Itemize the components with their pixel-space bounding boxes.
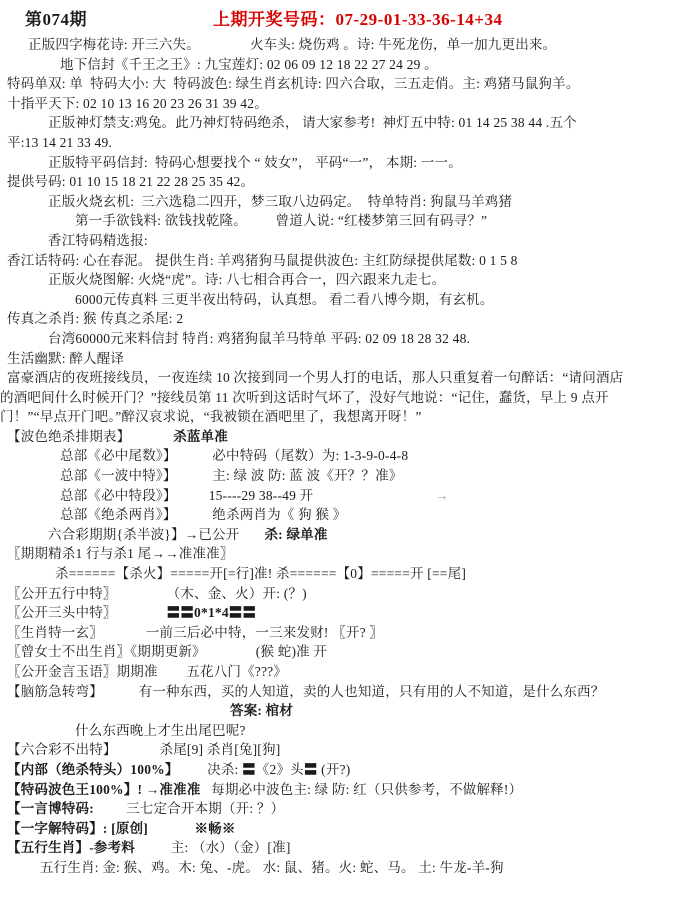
text-segment: 正版特平码信封: 特码心想要找个 “ 妓女”， 平码“一”， 本期: 一一。 — [48, 155, 462, 170]
text-segment: 生活幽默: 醉人醒译 — [7, 351, 124, 366]
text-line: 十指平天下: 02 10 13 16 20 23 26 31 39 42。 — [0, 94, 688, 114]
text-line: 【内部（绝杀特头）100%】 决杀: 〓《2》头〓 (开?) — [0, 760, 688, 780]
text-segment: 决杀: — [179, 762, 243, 777]
text-segment: 【内部（绝杀特头）100%】 — [7, 762, 179, 777]
text-segment: 《2》头 — [256, 762, 304, 777]
text-segment: 第一手欲钱料: 欲钱找乾隆。 曾道人说: “红楼梦第三回有码寻？” — [75, 213, 487, 228]
text-segment: 十指平天下: 02 10 13 16 20 23 26 31 39 42。 — [7, 96, 268, 111]
text-line: 总部《绝杀两肖》】 绝杀两肖为《 狗 猴 》 — [0, 505, 688, 525]
text-segment: 杀: 绿单准 — [264, 527, 327, 542]
text-segment: 〖公开金言玉语〗期期准 五花八门《???》 — [7, 664, 287, 679]
text-line: 〖公开三头中特〗 〓〓0*1*4〓〓 — [0, 603, 688, 623]
text-line: 总部《必中特段》】 15----29 38--49 开 → — [0, 486, 688, 506]
text-line: 门！”“早点开门吧。”醉汉哀求说，“我被锁在酒吧里了，我想离开呀！” — [0, 407, 688, 427]
text-line: 地下信封《千王之王》: 九宝莲灯: 02 06 09 12 18 22 27 2… — [0, 55, 688, 75]
text-line: 【一言博特码: 三七定合开本期（开: ？） — [0, 799, 688, 819]
text-segment: ※畅※ — [194, 821, 235, 836]
text-line: 6000元传真料 三更半夜出特码，认真想。 看二看八博今期，有玄机。 — [0, 290, 688, 310]
text-line: 香江话特码: 心在春泥。 提供生肖: 羊鸡猪狗马鼠提供波色: 主红防绿提供尾数:… — [0, 251, 688, 271]
text-segment: 【一言博特码: — [7, 801, 97, 816]
text-segment: 什么东西晚上才生出尾巴呢? — [75, 723, 246, 738]
text-segment: 地下信封《千王之王》: 九宝莲灯: 02 06 09 12 18 22 27 2… — [60, 57, 438, 72]
text-segment: 〖公开五行中特〗 （木、金、火）开: (？) — [7, 586, 307, 601]
text-line: 的酒吧间什么时候开门？”接线员第 11 次听到这话时气坏了，没好气地说：“记住，… — [0, 388, 688, 408]
text-line: 〖期期精杀1 行与杀1 尾→→准准准〗 — [0, 544, 688, 564]
text-segment: 〖曾女士不出生肖〗《期期更新》 (猴 蛇)准 开 — [7, 644, 327, 659]
issue-number: 第074期 — [25, 5, 87, 35]
text-line: 台湾60000元来料信封 特肖: 鸡猪狗鼠羊马特单 平码: 02 09 18 2… — [0, 329, 688, 349]
text-segment: 香江特码精选报: — [48, 233, 148, 248]
text-line: 提供号码: 01 10 15 18 21 22 28 25 35 42。 — [0, 172, 688, 192]
text-segment: 每期必中波色主: 绿 防: 红（只供参考，不做解释!） — [201, 782, 523, 797]
text-segment — [148, 821, 194, 836]
text-line: 【六合彩不出特】 杀尾[9] 杀肖[兔][狗] — [0, 740, 688, 760]
text-segment: 六合彩期期{杀半波}】→已公开 — [48, 527, 264, 542]
text-segment: 总部《绝杀两肖》】 绝杀两肖为《 狗 猴 》 — [60, 507, 346, 522]
text-segment: 门！”“早点开门吧。”醉汉哀求说，“我被锁在酒吧里了，我想离开呀！” — [0, 409, 422, 424]
text-segment: 【波色绝杀排期表】 — [7, 429, 173, 444]
text-segment: 香江话特码: 心在春泥。 提供生肖: 羊鸡猪狗马鼠提供波色: 主红防绿提供尾数:… — [7, 253, 518, 268]
text-line: 答案: 棺材 — [0, 701, 688, 721]
text-line: 正版特平码信封: 特码心想要找个 “ 妓女”， 平码“一”， 本期: 一一。 — [0, 153, 688, 173]
text-line: 正版火烧玄机: 三六选稳二四开，梦三取八边码定。 特单特肖: 狗鼠马羊鸡猪 — [0, 192, 688, 212]
text-segment: 总部《一波中特》】 主: 绿 波 防: 蓝 波《开？？准》 — [60, 468, 402, 483]
text-segment: 〖公开三头中特〗 — [7, 605, 167, 620]
text-segment: 总部《必中尾数》】 必中特码（尾数）为: 1-3-9-0-4-8 — [60, 448, 408, 463]
text-segment: 三七定合开本期（开: ？） — [97, 801, 284, 816]
lottery-tip-sheet: 第074期 上期开奖号码：07-29-01-33-36-14+34 正版四字梅花… — [0, 0, 688, 917]
text-line: 富豪酒店的夜班接线员，一夜连续 10 次接到同一个男人打的电话，那人只重复着一句… — [0, 368, 688, 388]
text-line: 〖公开金言玉语〗期期准 五花八门《???》 — [0, 662, 688, 682]
text-segment: 【六合彩不出特】 杀尾[9] 杀肖[兔][狗] — [7, 742, 280, 757]
text-segment: 【脑筋急转弯】 有一种东西，买的人知道，卖的人也知道，只有用的人不知道，是什么东… — [7, 684, 604, 699]
text-line: 【一字解特码】: [原创] ※畅※ — [0, 819, 688, 839]
document-body: 正版四字梅花诗: 开三六失。 火车头: 烧伤鸡 。诗: 牛死龙伤，单一加九更出来… — [0, 35, 688, 878]
text-segment: 富豪酒店的夜班接线员，一夜连续 10 次接到同一个男人打的电话，那人只重复着一句… — [7, 370, 623, 385]
text-segment: 【一字解特码】: [原创] — [7, 821, 148, 836]
text-segment: 正版四字梅花诗: 开三六失。 火车头: 烧伤鸡 。诗: 牛死龙伤，单一加九更出来… — [28, 37, 556, 52]
text-line: 传真之杀肖: 猴 传真之杀尾: 2 — [0, 309, 688, 329]
text-line: 杀======【杀火】=====开[=行]准! 杀======【0】=====开… — [0, 564, 688, 584]
text-segment: 传真之杀肖: 猴 传真之杀尾: 2 — [7, 311, 183, 326]
text-segment: 五行生肖: 金: 猴、鸡。木: 兔、-虎。 水: 鼠、猪。火: 蛇、马。 土: … — [40, 860, 504, 875]
text-line: 正版火烧图解: 火烧“虎”。诗: 八七相合再合一，四六跟来九走七。 — [0, 270, 688, 290]
text-line: 〖生肖特一玄〗 一前三后必中特，一三来发财! 〖开? 〗 — [0, 623, 688, 643]
text-line: 总部《必中尾数》】 必中特码（尾数）为: 1-3-9-0-4-8 — [0, 446, 688, 466]
text-line: 正版四字梅花诗: 开三六失。 火车头: 烧伤鸡 。诗: 牛死龙伤，单一加九更出来… — [0, 35, 688, 55]
text-line: 【脑筋急转弯】 有一种东西，买的人知道，卖的人也知道，只有用的人不知道，是什么东… — [0, 682, 688, 702]
text-segment: 正版火烧玄机: 三六选稳二四开，梦三取八边码定。 特单特肖: 狗鼠马羊鸡猪 — [48, 194, 512, 209]
text-line: 五行生肖: 金: 猴、鸡。木: 兔、-虎。 水: 鼠、猪。火: 蛇、马。 土: … — [0, 858, 688, 878]
text-line: 平:13 14 21 33 49. — [0, 133, 688, 153]
text-line: 总部《一波中特》】 主: 绿 波 防: 蓝 波《开？？准》 — [0, 466, 688, 486]
text-line: 六合彩期期{杀半波}】→已公开 杀: 绿单准 — [0, 525, 688, 545]
text-segment: 的酒吧间什么时候开门？”接线员第 11 次听到这话时气坏了，没好气地说：“记住，… — [0, 390, 609, 405]
text-segment: → — [313, 488, 448, 503]
text-segment: 提供号码: 01 10 15 18 21 22 28 25 35 42。 — [7, 174, 254, 189]
text-line: 〖曾女士不出生肖〗《期期更新》 (猴 蛇)准 开 — [0, 642, 688, 662]
last-draw-numbers: 上期开奖号码：07-29-01-33-36-14+34 — [213, 5, 503, 35]
text-segment: 〓 — [242, 762, 256, 777]
text-segment: 正版神灯禁支:鸡兔。此乃神灯特码绝杀， 请大家参考! 神灯五中特: 01 14 … — [48, 115, 577, 130]
text-segment: 【特码波色王100%】! →准准准 — [7, 782, 201, 797]
text-segment: 〖期期精杀1 行与杀1 尾→→准准准〗 — [7, 546, 234, 561]
text-line: 正版神灯禁支:鸡兔。此乃神灯特码绝杀， 请大家参考! 神灯五中特: 01 14 … — [0, 113, 688, 133]
text-segment: 〖生肖特一玄〗 一前三后必中特，一三来发财! 〖开? 〗 — [7, 625, 383, 640]
text-segment: 台湾60000元来料信封 特肖: 鸡猪狗鼠羊马特单 平码: 02 09 18 2… — [48, 331, 470, 346]
text-segment: 主: （水）（金）[准] — [135, 840, 291, 855]
text-line: 【五行生肖】-参考料 主: （水）（金）[准] — [0, 838, 688, 858]
text-line: 什么东西晚上才生出尾巴呢? — [0, 721, 688, 741]
text-segment: 杀蓝单准 — [173, 429, 228, 444]
text-segment: 特码单双: 单 特码大小: 大 特码波色: 绿生肖玄机诗: 四六合取，三五走俏。… — [7, 76, 580, 91]
header-row: 第074期 上期开奖号码：07-29-01-33-36-14+34 — [0, 5, 688, 35]
text-segment: 杀======【杀火】=====开[=行]准! 杀======【0】=====开… — [55, 566, 466, 581]
text-line: 【特码波色王100%】! →准准准 每期必中波色主: 绿 防: 红（只供参考，不… — [0, 780, 688, 800]
text-segment: 【五行生肖】-参考料 — [7, 840, 135, 855]
text-line: 第一手欲钱料: 欲钱找乾隆。 曾道人说: “红楼梦第三回有码寻？” — [0, 211, 688, 231]
text-segment: (开?) — [318, 762, 351, 777]
text-segment: 总部《必中特段》】 15----29 38--49 开 — [60, 488, 313, 503]
text-segment: 〓〓0*1*4〓〓 — [167, 605, 257, 620]
text-line: 香江特码精选报: — [0, 231, 688, 251]
text-line: 【波色绝杀排期表】 杀蓝单准 — [0, 427, 688, 447]
text-segment: 〓 — [304, 762, 318, 777]
text-line: 特码单双: 单 特码大小: 大 特码波色: 绿生肖玄机诗: 四六合取，三五走俏。… — [0, 74, 688, 94]
text-segment: 正版火烧图解: 火烧“虎”。诗: 八七相合再合一，四六跟来九走七。 — [48, 272, 445, 287]
text-line: 生活幽默: 醉人醒译 — [0, 349, 688, 369]
text-line: 〖公开五行中特〗 （木、金、火）开: (？) — [0, 584, 688, 604]
text-segment: 6000元传真料 三更半夜出特码，认真想。 看二看八博今期，有玄机。 — [75, 292, 494, 307]
text-segment: 答案: 棺材 — [230, 703, 293, 718]
text-segment: 平:13 14 21 33 49. — [7, 135, 112, 150]
